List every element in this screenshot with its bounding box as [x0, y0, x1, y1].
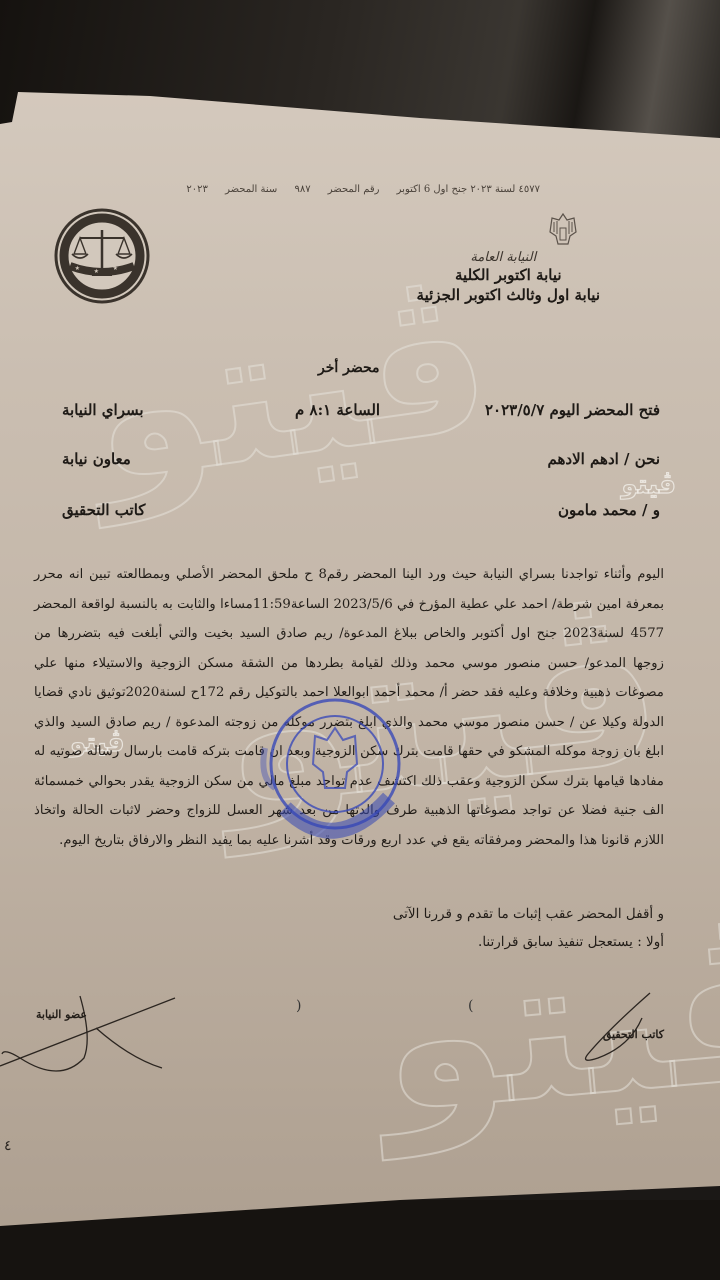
record-year-label: سنة المحضر	[225, 184, 277, 195]
closing-block: و أقفل المحضر عقب إثبات ما تقدم و قررنا …	[393, 900, 664, 956]
document-page: ڤيتو ڤيتو ڤيتو ڤيتو ڤيتو ٤٥٧٧ لسنة ٢٠٢٣ …	[0, 88, 720, 1248]
record-number: ٩٨٧	[294, 184, 310, 195]
official-stamp-icon	[255, 688, 415, 848]
eagle-emblem-icon	[546, 210, 580, 250]
official-name-2: و / محمد مامون	[558, 501, 660, 519]
org-title: النيابة العامة	[417, 250, 590, 265]
opening-location: بسراي النيابة	[62, 401, 144, 419]
closing-line-2: أولا : يستعجل تنفيذ سابق قرارتنا.	[393, 928, 664, 956]
svg-text:★: ★	[94, 268, 99, 275]
document-subtitle: محضر أخر	[318, 360, 380, 376]
office-line-2: نيابة اول وثالث اكتوبر الجزئية	[417, 285, 600, 305]
watermark-small: ڤيتو	[621, 470, 676, 500]
record-year: ٢٠٢٣	[186, 184, 207, 195]
prosecutor-signature	[0, 988, 180, 1078]
record-number-label: رقم المحضر	[328, 184, 380, 195]
reference-line: ٤٥٧٧ لسنة ٢٠٢٣ جنح اول 6 اكتوبر رقم المح…	[172, 184, 540, 195]
org-header: النيابة العامة نيابة اكتوبر الكلية نيابة…	[417, 250, 600, 305]
justice-scale-seal-icon: ★ ★ ★	[50, 208, 154, 304]
signature-paren-close: )	[468, 998, 473, 1014]
svg-text:★: ★	[75, 265, 80, 272]
closing-line-1: و أقفل المحضر عقب إثبات ما تقدم و قررنا …	[393, 900, 664, 928]
case-number: ٤٥٧٧ لسنة ٢٠٢٣ جنح اول 6 اكتوبر	[397, 184, 540, 195]
official-name-1: نحن / ادهم الادهم	[548, 450, 660, 468]
clerk-signature	[570, 988, 660, 1068]
opening-time: الساعة ٨:١ م	[295, 401, 380, 419]
page-number: ٤	[4, 1138, 12, 1154]
svg-text:★: ★	[113, 265, 118, 272]
office-line-1: نيابة اكتوبر الكلية	[417, 265, 600, 285]
opening-date: فتح المحضر اليوم ٢٠٢٣/٥/٧	[485, 401, 660, 419]
official-role-2: كاتب التحقيق	[62, 501, 145, 519]
signature-paren-open: (	[296, 998, 301, 1014]
official-role-1: معاون نيابة	[62, 450, 131, 468]
